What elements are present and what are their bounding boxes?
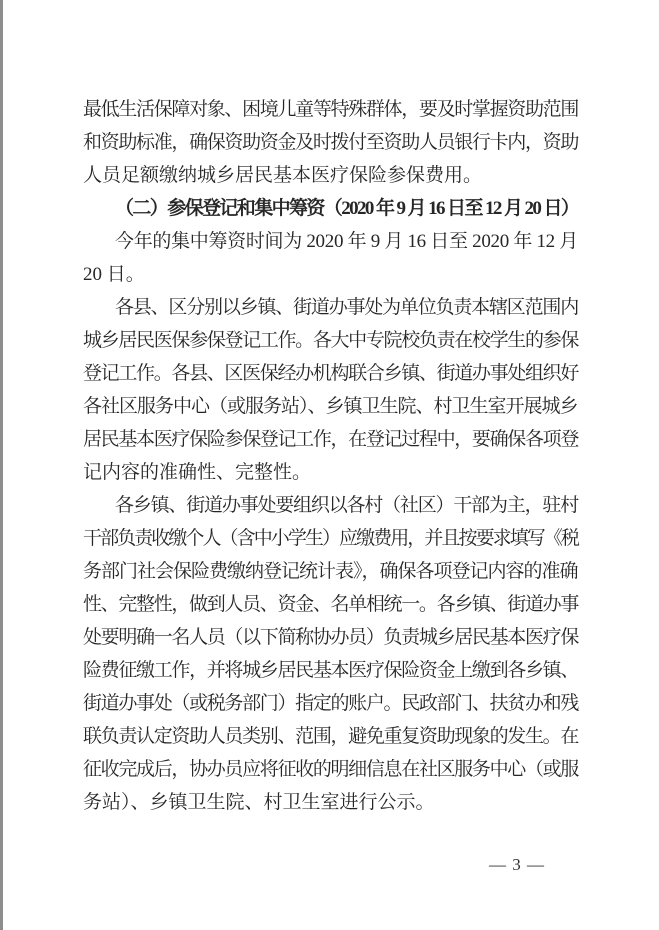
text-line: 性、完整性，做到人员、资金、名单相统一。各乡镇、街道办事 [83, 588, 578, 621]
text-line: 城乡居民医保参保登记工作。各大中专院校负责在校学生的参保 [83, 324, 578, 357]
text-line: 险费征缴工作，并将城乡居民基本医疗保险资金上缴到各乡镇、 [83, 654, 578, 687]
text-line: 和资助标准，确保资助资金及时拨付至资助人员银行卡内，资助 [83, 126, 578, 159]
text-line: 各社区服务中心（或服务站）、乡镇卫生院、村卫生室开展城乡 [83, 390, 578, 423]
text-line: 记内容的准确性、完整性。 [83, 456, 578, 489]
text-line: 居民基本医疗保险参保登记工作，在登记过程中，要确保各项登 [83, 423, 578, 456]
text-line: 街道办事处（或税务部门）指定的账户。民政部门、扶贫办和残 [83, 687, 578, 720]
text-line: 最低生活保障对象、困境儿童等特殊群体，要及时掌握资助范围 [83, 93, 578, 126]
text-line: 各县、区分别以乡镇、街道办事处为单位负责本辖区范围内 [83, 291, 578, 324]
text-line: 处要明确一名人员（以下简称协办员）负责城乡居民基本医疗保 [83, 621, 578, 654]
text-line: 今年的集中筹资时间为 2020 年 9 月 16 日至 2020 年 12 月 [83, 225, 578, 258]
text-line: 征收完成后，协办员应将征收的明细信息在社区服务中心（或服 [83, 753, 578, 786]
text-line: 务部门社会保险费缴纳登记统计表》，确保各项登记内容的准确 [83, 555, 578, 588]
text-line: （二）参保登记和集中筹资（2020 年 9 月 16 日至 12 月 20 日） [83, 192, 578, 225]
text-line: 各乡镇、街道办事处要组织以各村（社区）干部为主，驻村 [83, 489, 578, 522]
page-number: — 3 — [489, 855, 545, 875]
text-line: 人员足额缴纳城乡居民基本医疗保险参保费用。 [83, 159, 578, 192]
text-line: 登记工作。各县、区医保经办机构联合乡镇、街道办事处组织好 [83, 357, 578, 390]
text-line: 联负责认定资助人员类别、范围，避免重复资助现象的发生。在 [83, 720, 578, 753]
scan-edge-line [0, 0, 3, 930]
document-text: 最低生活保障对象、困境儿童等特殊群体，要及时掌握资助范围和资助标准，确保资助资金… [83, 93, 578, 819]
page: { "page": { "background": "#ffffff", "sc… [0, 0, 659, 930]
text-line: 20 日。 [83, 258, 578, 291]
text-line: 务站）、乡镇卫生院、村卫生室进行公示。 [83, 786, 578, 819]
text-line: 干部负责收缴个人（含中小学生）应缴费用，并且按要求填写《税 [83, 522, 578, 555]
